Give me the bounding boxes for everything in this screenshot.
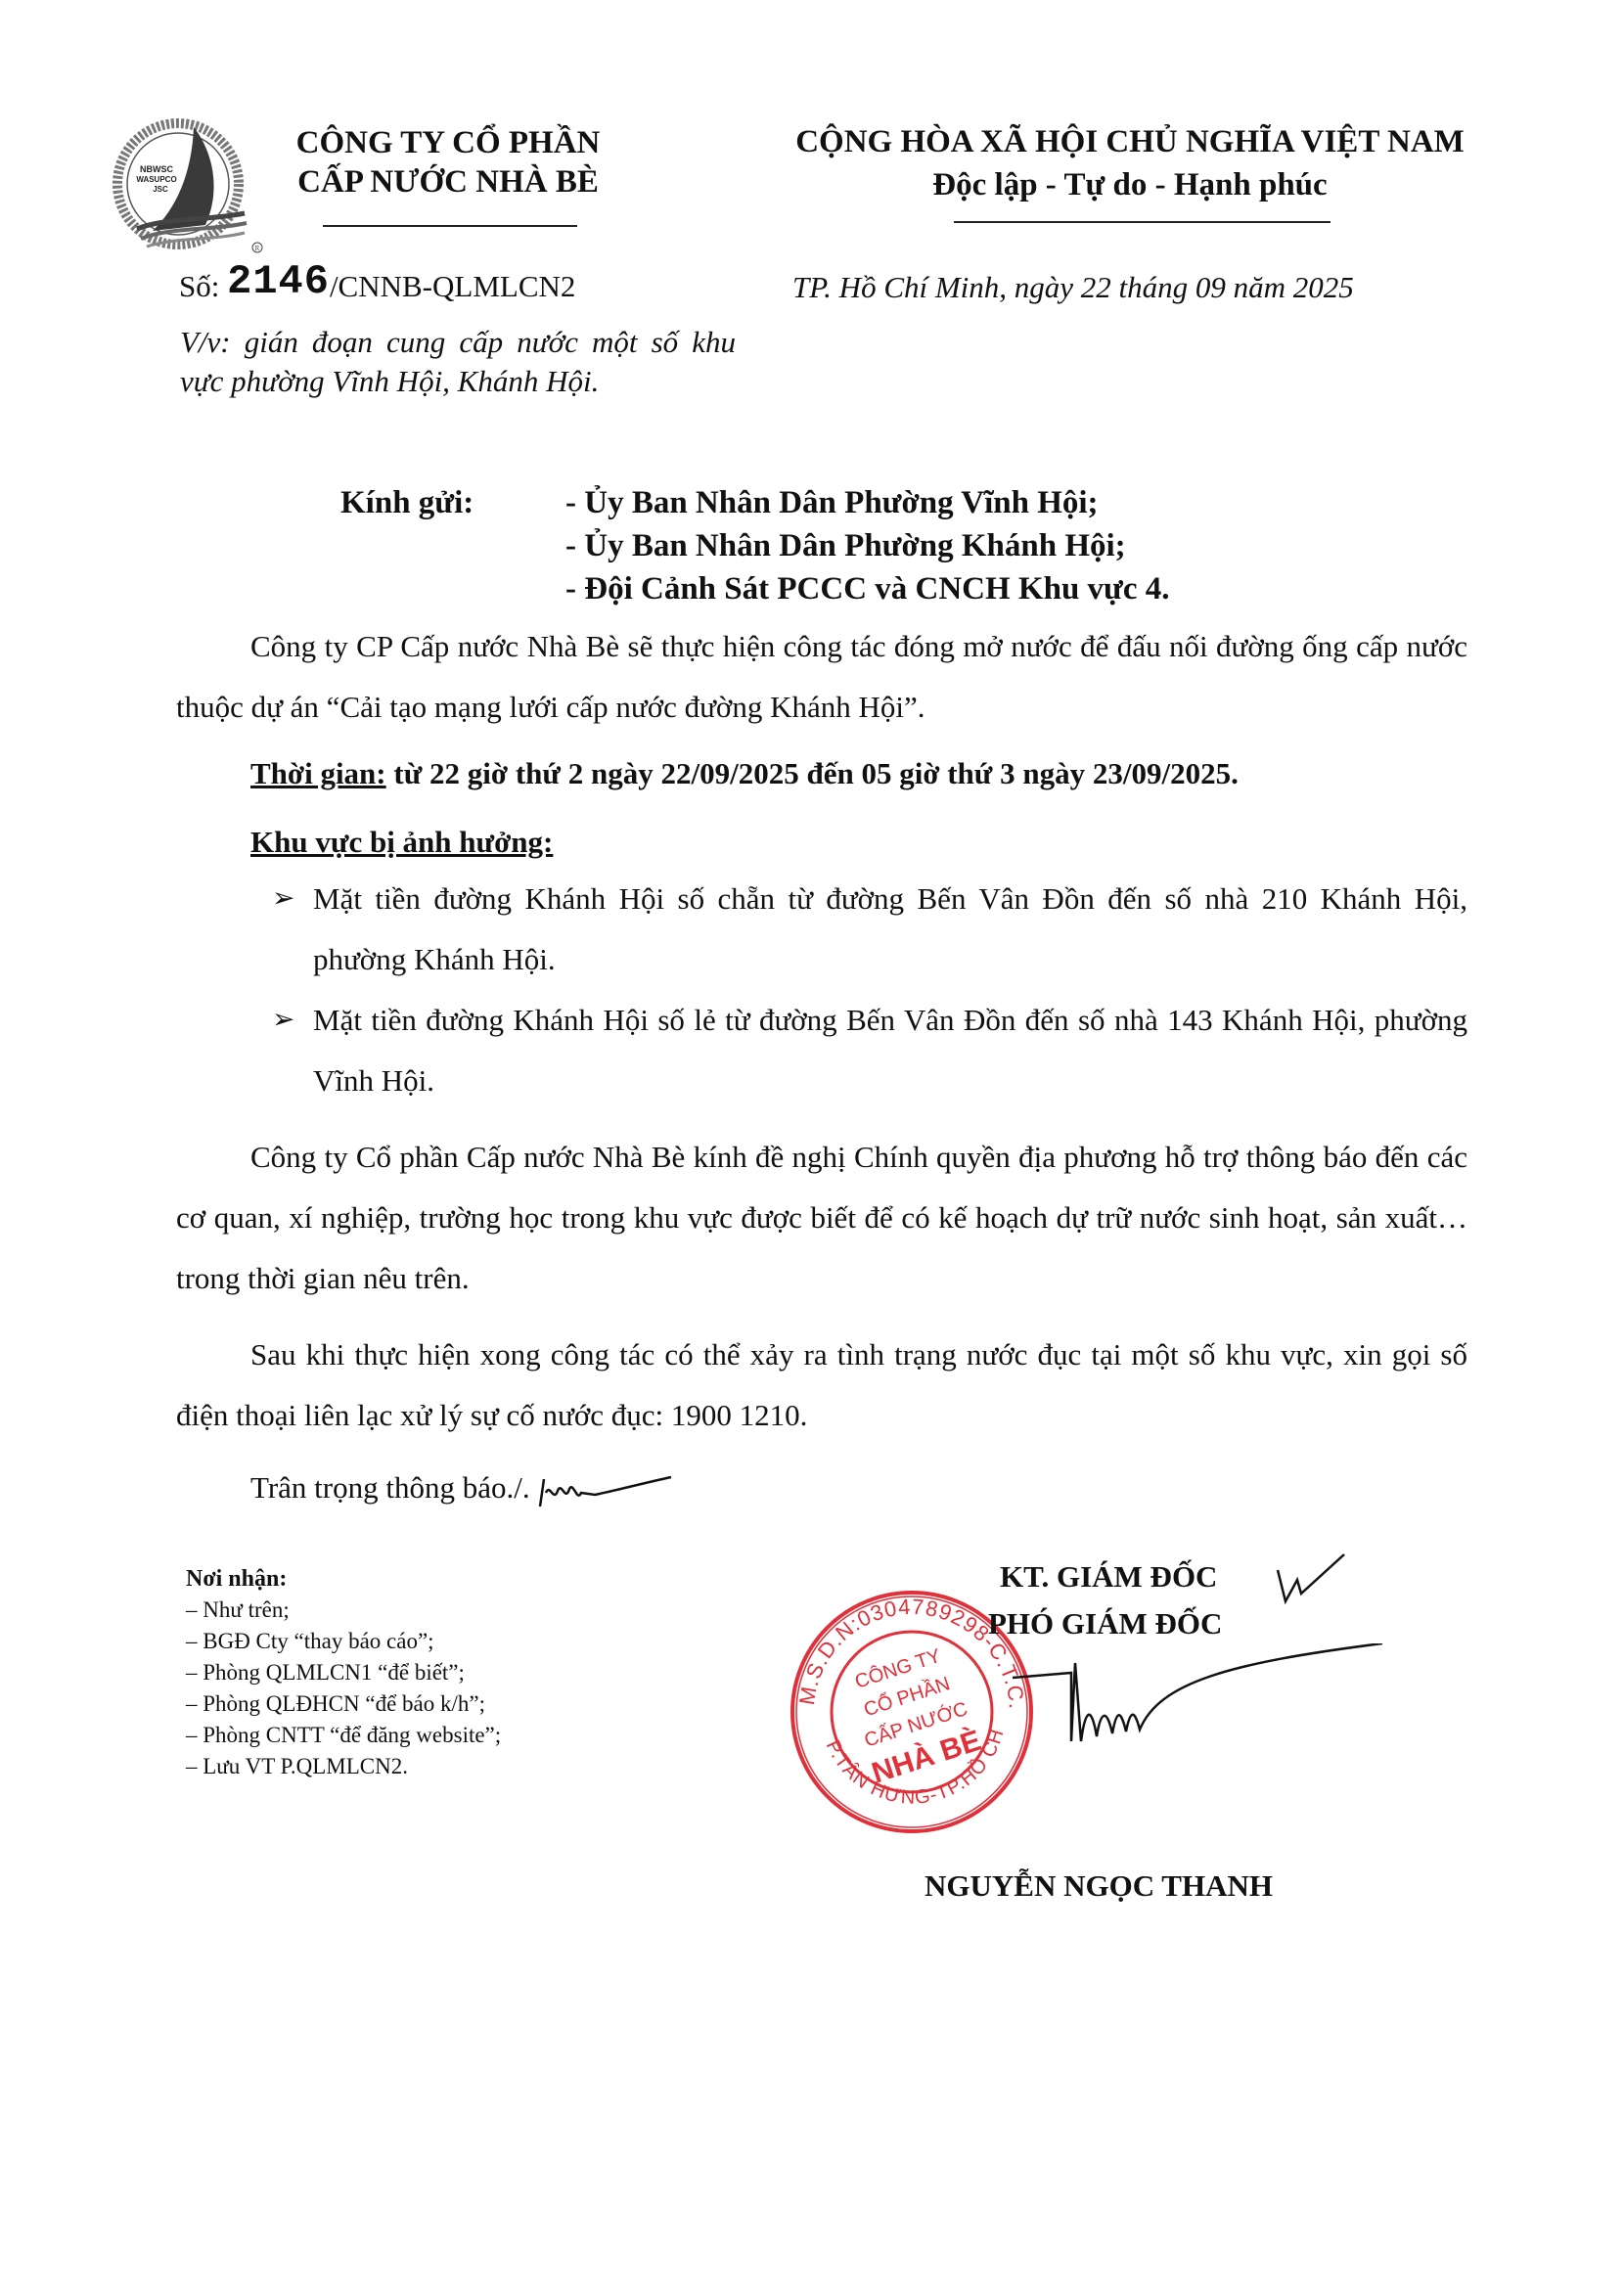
cc-item: – Lưu VT P.QLMLCN2.: [186, 1751, 501, 1782]
signer-title-1: KT. GIÁM ĐỐC: [1000, 1555, 1217, 1598]
company-logo: NBWSC WASUPCO JSC R: [98, 115, 274, 257]
signer-title-2: PHÓ GIÁM ĐỐC: [988, 1602, 1222, 1645]
svg-text:R: R: [255, 245, 260, 252]
company-logo-sail-icon: NBWSC WASUPCO JSC R: [98, 115, 274, 257]
document-number-value: 2146: [227, 258, 330, 305]
affected-area-label: Khu vực bị ảnh hưởng:: [250, 825, 553, 859]
company-name: CÔNG TY CỔ PHẦN CẤP NƯỚC NHÀ BÈ: [292, 123, 605, 202]
cc-item: – Phòng CNTT “để đăng website”;: [186, 1720, 501, 1751]
svg-text:NBWSC: NBWSC: [140, 164, 173, 174]
national-motto: Độc lập - Tự do - Hạnh phúc: [773, 164, 1487, 205]
national-title: CỘNG HÒA XÃ HỘI CHỦ NGHĨA VIỆT NAM: [773, 121, 1487, 162]
document-number-prefix: Số:: [179, 269, 219, 303]
svg-text:JSC: JSC: [153, 185, 168, 194]
signer-name: NGUYỄN NGỌC THANH: [925, 1865, 1273, 1908]
document-number-suffix: /CNNB-QLMLCN2: [330, 269, 575, 303]
cc-item: – BGĐ Cty “thay báo cáo”;: [186, 1626, 501, 1657]
motto-divider: [954, 221, 1331, 223]
cc-title: Nơi nhận:: [186, 1563, 501, 1595]
aftermath-paragraph: Sau khi thực hiện xong công tác có thể x…: [176, 1325, 1467, 1446]
time-line: Thời gian: từ 22 giờ thứ 2 ngày 22/09/20…: [250, 743, 1239, 804]
affected-area-item: ➢ Mặt tiền đường Khánh Hội số chẵn từ đư…: [313, 869, 1467, 990]
initial-checkmark-icon: [1272, 1551, 1350, 1609]
arrow-bullet-icon: ➢: [272, 990, 294, 1051]
arrow-bullet-icon: ➢: [272, 869, 294, 929]
company-name-line2: CẤP NƯỚC NHÀ BÈ: [292, 162, 605, 202]
cc-item: – Phòng QLĐHCN “để báo k/h”;: [186, 1688, 501, 1720]
recipients-list: - Ủy Ban Nhân Dân Phường Vĩnh Hội; - Ủy …: [565, 481, 1170, 610]
recipient-item: - Đội Cảnh Sát PCCC và CNCH Khu vực 4.: [565, 567, 1170, 610]
time-label: Thời gian:: [250, 756, 386, 790]
affected-area-text: Mặt tiền đường Khánh Hội số lẻ từ đường …: [313, 1003, 1467, 1098]
cc-item: – Như trên;: [186, 1595, 501, 1626]
closing-line: Trân trọng thông báo./.: [250, 1458, 530, 1518]
company-name-line1: CÔNG TY CỔ PHẦN: [292, 123, 605, 162]
place-date: TP. Hồ Chí Minh, ngày 22 tháng 09 năm 20…: [792, 268, 1354, 307]
company-divider: [323, 225, 577, 227]
svg-text:WASUPCO: WASUPCO: [136, 175, 176, 184]
handwritten-signature-icon: [1013, 1643, 1384, 1751]
recipient-item: - Ủy Ban Nhân Dân Phường Khánh Hội;: [565, 524, 1170, 567]
recipients-label: Kính gửi:: [340, 481, 474, 524]
cc-item: – Phòng QLMLCN1 “để biết”;: [186, 1657, 501, 1688]
cc-list: Nơi nhận: – Như trên; – BGĐ Cty “thay bá…: [186, 1563, 501, 1782]
affected-area-text: Mặt tiền đường Khánh Hội số chẵn từ đườn…: [313, 881, 1467, 976]
request-paragraph: Công ty Cổ phần Cấp nước Nhà Bè kính đề …: [176, 1127, 1467, 1309]
intro-paragraph: Công ty CP Cấp nước Nhà Bè sẽ thực hiện …: [176, 616, 1467, 738]
time-value: từ 22 giờ thứ 2 ngày 22/09/2025 đến 05 g…: [386, 756, 1239, 790]
recipient-item: - Ủy Ban Nhân Dân Phường Vĩnh Hội;: [565, 481, 1170, 524]
subject-line: V/v: gián đoạn cung cấp nước một số khu …: [180, 323, 736, 401]
affected-area-item: ➢ Mặt tiền đường Khánh Hội số lẻ từ đườn…: [313, 990, 1467, 1111]
initials-scribble-icon: [536, 1473, 673, 1512]
affected-area-heading: Khu vực bị ảnh hưởng:: [250, 812, 553, 873]
document-number: Số: 2146/CNNB-QLMLCN2: [179, 266, 575, 306]
